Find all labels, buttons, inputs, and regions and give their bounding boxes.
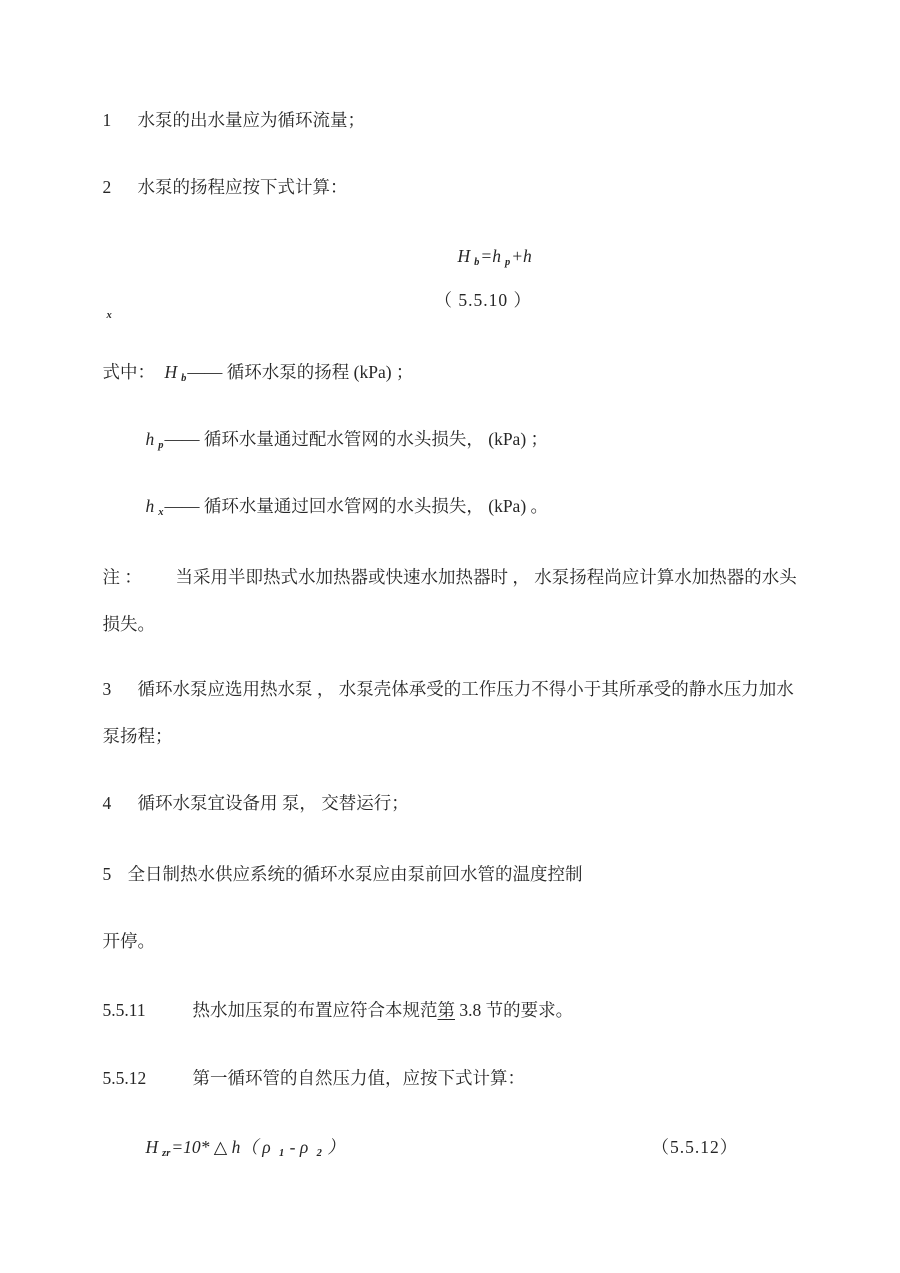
item-3-number: 3 bbox=[103, 679, 138, 701]
item-1-number: 1 bbox=[103, 110, 138, 132]
clause-item-2: 2水泵的扬程应按下式计算： bbox=[85, 155, 348, 221]
formula-lhs-subscript: b bbox=[474, 257, 479, 268]
item-2-number: 2 bbox=[103, 177, 138, 199]
formula-5-5-12: Hzr=10* △ h（ ρ 1 - ρ 2 ） bbox=[128, 1115, 345, 1182]
item-2-text: 水泵的扬程应按下式计算： bbox=[138, 177, 348, 197]
where-clause-hp: hp—— 循环水量通过配水管网的水头损失， (kPa) ； bbox=[128, 407, 548, 474]
formula12-lhs-subscript: zr bbox=[162, 1148, 170, 1159]
note-line-1: 注 ：当采用半即热式水加热器或快速水加热器时 ， 水泵扬程尚应计算水加热器的水头 bbox=[85, 545, 797, 611]
where-hx-description: —— 循环水量通过回水管网的水头损失， (kPa) 。 bbox=[165, 496, 549, 516]
note-text-1: 当采用半即热式水加热器或快速水加热器时 ， 水泵扬程尚应计算水加热器的水头 bbox=[176, 567, 797, 587]
note-label: 注 ： bbox=[103, 567, 176, 589]
document-page: 1水泵的出水量应为循环流量； 2水泵的扬程应按下式计算： Hb=hp+h x （… bbox=[0, 0, 900, 1273]
item-5-text-1: 全日制热水供应系统的循环水泵应由泵前回水管的温度控制 bbox=[128, 864, 583, 884]
where-hp-description: —— 循环水量通过配水管网的水头损失， (kPa) ； bbox=[165, 429, 549, 449]
delta-triangle-symbol: △ bbox=[214, 1137, 227, 1157]
note-text-2: 损失。 bbox=[103, 614, 156, 634]
formula-lhs: H bbox=[458, 246, 471, 266]
item-1-text: 水泵的出水量应为循环流量； bbox=[138, 110, 366, 130]
clause-item-4: 4循环水泵宜设备用 泵， 交替运行； bbox=[85, 771, 409, 837]
symbol-hx: h bbox=[146, 496, 155, 516]
item-5-number: 5 bbox=[103, 864, 128, 886]
where-clause-H: 式中：Hb—— 循环水泵的扬程 (kPa) ； bbox=[85, 340, 413, 407]
section-5-5-12-number: 5.5.12 bbox=[103, 1068, 193, 1090]
section-5-5-11-text-post: 3.8 节的要求。 bbox=[455, 1000, 573, 1020]
clause-item-1: 1水泵的出水量应为循环流量； bbox=[85, 88, 365, 154]
formula12-rho1-subscript: 1 bbox=[279, 1148, 284, 1159]
symbol-H: H bbox=[165, 362, 178, 382]
note-line-2: 损失。 bbox=[85, 592, 155, 658]
formula-mid-subscript: p bbox=[505, 257, 510, 268]
equation-number-5-5-10: （ 5.5.10 ） bbox=[413, 268, 532, 334]
clause-item-5-line-2: 开停。 bbox=[85, 909, 155, 975]
formula-wrap-subscript-x: x bbox=[107, 310, 112, 321]
item-4-number: 4 bbox=[103, 793, 138, 815]
section-5-5-11-underlined: 第 bbox=[438, 1000, 456, 1020]
symbol-H-subscript: b bbox=[181, 373, 186, 384]
symbol-hp: h bbox=[146, 429, 155, 449]
formula12-body-3: - ρ bbox=[285, 1137, 312, 1157]
item-3-text-2: 泵扬程； bbox=[103, 726, 173, 746]
section-5-5-11-number: 5.5.11 bbox=[103, 1000, 193, 1022]
formula-wrapped-subscript: x bbox=[85, 277, 113, 344]
item-3-text-1: 循环水泵应选用热水泵 ， 水泵壳体承受的工作压力不得小于其所承受的静水压力加水 bbox=[138, 679, 794, 699]
formula-mid1: =h bbox=[480, 246, 501, 266]
formula12-body-1: =10* bbox=[171, 1137, 213, 1157]
where-H-description: —— 循环水泵的扬程 (kPa) ； bbox=[187, 362, 413, 382]
symbol-hx-subscript: x bbox=[158, 507, 163, 518]
formula12-rho2-subscript: 2 bbox=[317, 1148, 322, 1159]
where-label: 式中： bbox=[103, 362, 165, 384]
clause-item-5-line-1: 5全日制热水供应系统的循环水泵应由泵前回水管的温度控制 bbox=[85, 842, 583, 908]
item-5-text-2: 开停。 bbox=[103, 931, 156, 951]
formula12-body-2: h（ ρ bbox=[227, 1137, 275, 1157]
formula-mid2: +h bbox=[511, 246, 532, 266]
formula12-lhs: H bbox=[146, 1137, 159, 1157]
section-5-5-12: 5.5.12第一循环管的自然压力值，应按下式计算： bbox=[85, 1046, 525, 1112]
section-5-5-11-text-pre: 热水加压泵的布置应符合本规范 bbox=[193, 1000, 438, 1020]
section-5-5-11: 5.5.11热水加压泵的布置应符合本规范第 3.8 节的要求。 bbox=[85, 978, 573, 1044]
clause-item-3-line-2: 泵扬程； bbox=[85, 704, 173, 770]
where-clause-hx: hx—— 循环水量通过回水管网的水头损失， (kPa) 。 bbox=[128, 474, 548, 541]
clause-item-3-line-1: 3循环水泵应选用热水泵 ， 水泵壳体承受的工作压力不得小于其所承受的静水压力加水 bbox=[85, 657, 794, 723]
equation-number-5-5-12: （5.5.12） bbox=[630, 1115, 738, 1181]
symbol-hp-subscript: p bbox=[158, 440, 163, 451]
section-5-5-12-text: 第一循环管的自然压力值，应按下式计算： bbox=[193, 1068, 526, 1088]
formula12-body-4: ） bbox=[323, 1137, 345, 1157]
item-4-text: 循环水泵宜设备用 泵， 交替运行； bbox=[138, 793, 409, 813]
